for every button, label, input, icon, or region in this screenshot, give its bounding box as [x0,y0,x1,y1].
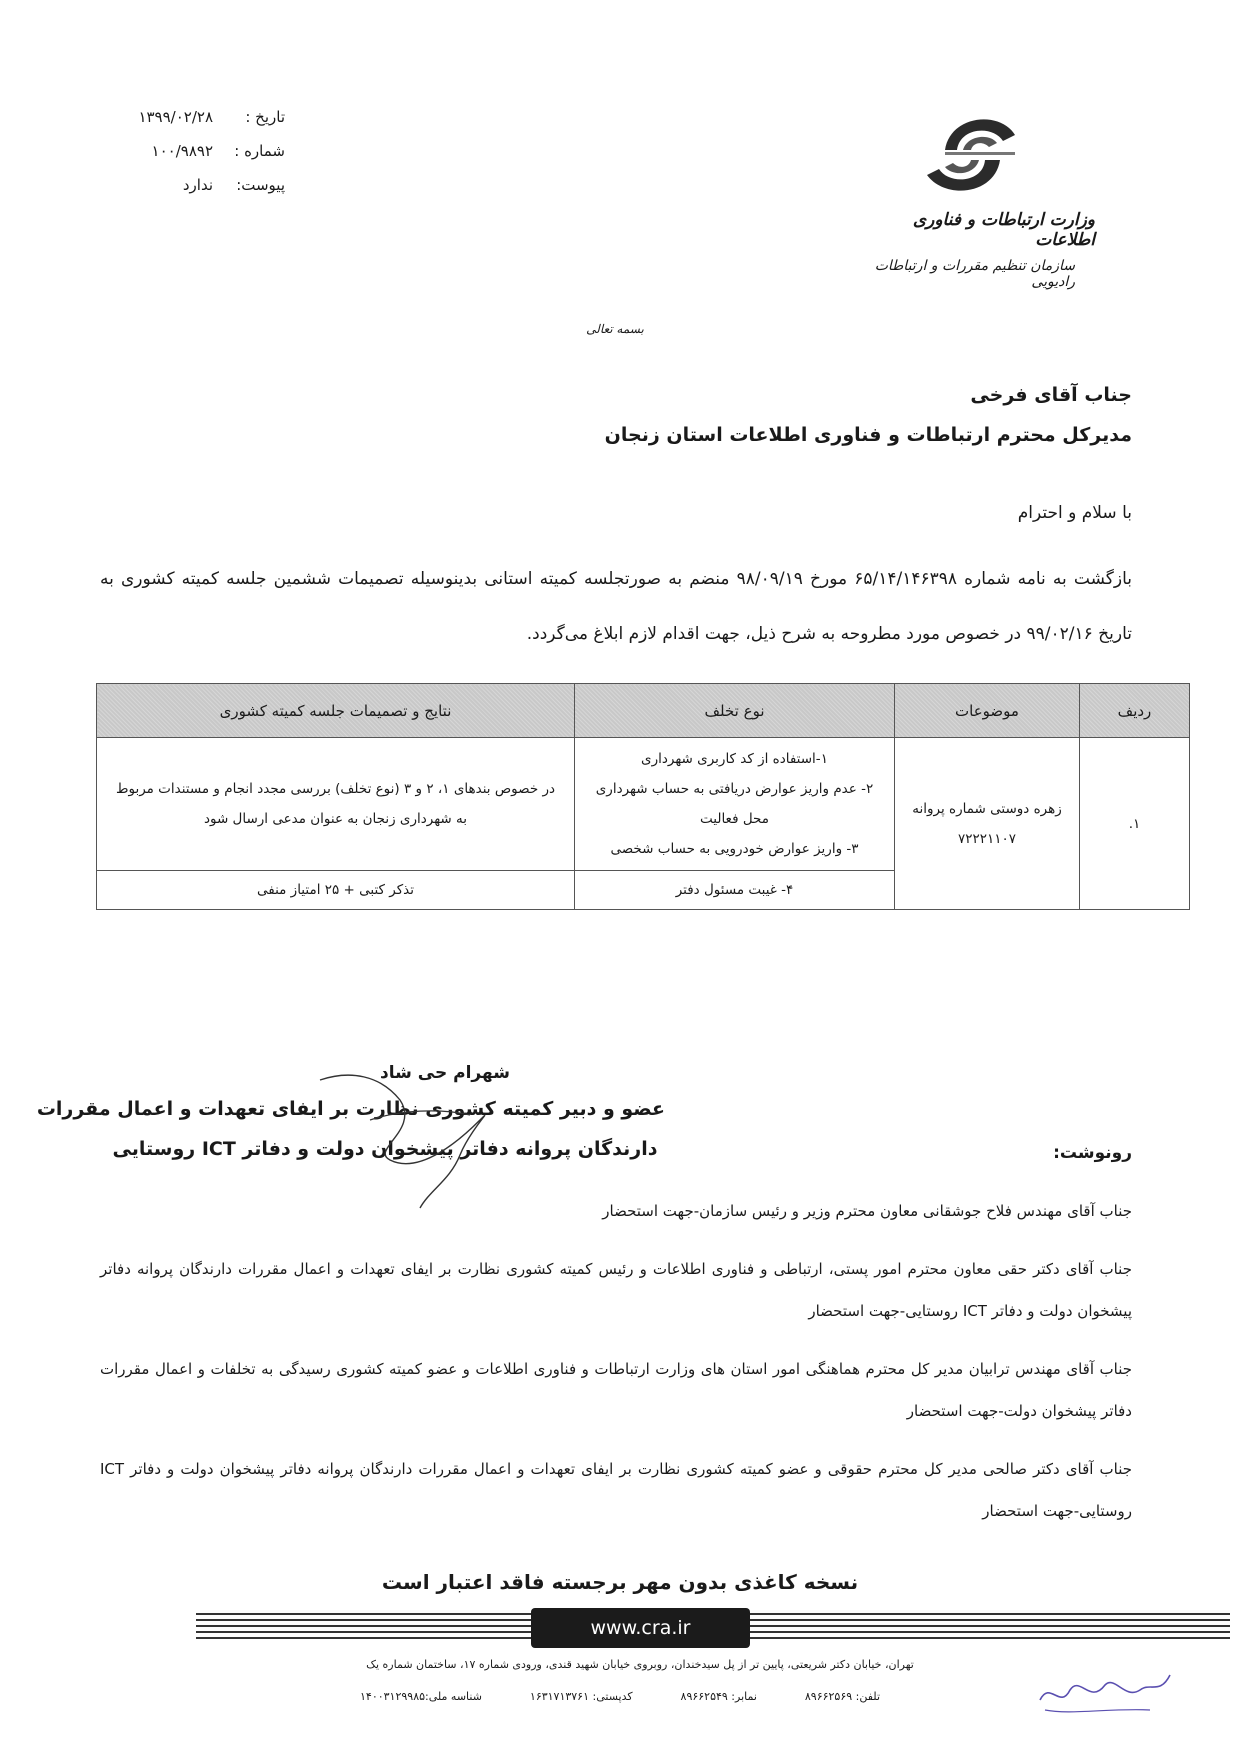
number-label: شماره : [227,134,285,168]
attachment-label: پیوست: [227,168,285,202]
violation-item: ۳- واریز عوارض خودرویی به حساب شخصی [583,834,886,864]
addressee-title: مدیرکل محترم ارتباطات و فناوری اطلاعات ا… [605,424,1132,446]
postal-address: تهران، خیابان دکتر شریعتی، پایین تر از پ… [200,1658,1080,1671]
number-value: ۱۰۰/۹۸۹۲ [152,134,213,168]
violation-item: ۲- عدم واریز عوارض دریافتی به حساب شهردا… [583,774,886,834]
phone: تلفن: ۸۹۶۶۲۵۶۹ [805,1690,880,1703]
row-violations-group1: ۱-استفاده از کد کاربری شهرداری ۲- عدم وا… [575,738,895,871]
row-result-group1: در خصوص بندهای ۱، ۲ و ۳ (نوع تخلف) بررسی… [97,738,575,871]
ministry-name: وزارت ارتباطات و فناوری اطلاعات [855,210,1095,250]
violation-item: ۱-استفاده از کد کاربری شهرداری [583,744,886,774]
greeting: با سلام و احترام [1018,503,1132,523]
postal-code: کدپستی: ۱۶۳۱۷۱۳۷۶۱ [530,1690,633,1703]
cc-item: جناب آقای مهندس ترابیان مدیر کل محترم هم… [100,1348,1132,1432]
organization-name: سازمان تنظیم مقررات و ارتباطات رادیویی [835,258,1075,290]
handwritten-note-icon [1030,1660,1180,1720]
cc-label: رونوشت: [1053,1143,1132,1163]
header-results: نتایج و تصمیمات جلسه کمیته کشوری [97,684,575,738]
bismillah-heading: بسمه تعالی [575,322,655,336]
row-index: ۱. [1080,738,1190,910]
header-violation-type: نوع تخلف [575,684,895,738]
attachment-row: پیوست: ندارد [105,168,285,202]
contact-info: تلفن: ۸۹۶۶۲۵۶۹ نمابر: ۸۹۶۶۲۵۴۹ کدپستی: ۱… [360,1690,880,1703]
fax: نمابر: ۸۹۶۶۲۵۴۹ [681,1690,757,1703]
row-violation-group2: ۴- غیبت مسئول دفتر [575,871,895,910]
website-link[interactable]: www.cra.ir [531,1608,750,1648]
header-subjects: موضوعات [895,684,1080,738]
letter-body: بازگشت به نامه شماره ۶۵/۱۴/۱۴۶۳۹۸ مورخ ۹… [100,552,1132,662]
cra-logo-icon [915,105,1025,205]
cc-list: جناب آقای مهندس فلاح جوشقانی معاون محترم… [100,1190,1132,1548]
letter-meta: تاریخ : ۱۳۹۹/۰۲/۲۸ شماره : ۱۰۰/۹۸۹۲ پیوس… [105,100,285,202]
footer-stripes-left [196,1613,531,1645]
validity-notice: نسخه کاغذی بدون مهر برجسته فاقد اعتبار ا… [280,1570,960,1594]
table-row: ۱. زهره دوستی شماره پروانه ۷۲۲۲۱۱۰۷ ۱-اس… [97,738,1190,871]
row-subject: زهره دوستی شماره پروانه ۷۲۲۲۱۱۰۷ [895,738,1080,910]
date-row: تاریخ : ۱۳۹۹/۰۲/۲۸ [105,100,285,134]
table-header-row: ردیف موضوعات نوع تخلف نتایج و تصمیمات جل… [97,684,1190,738]
date-value: ۱۳۹۹/۰۲/۲۸ [138,100,213,134]
addressee-name: جناب آقای فرخی [970,384,1132,406]
row-result-group2: تذکر کتبی + ۲۵ امتیاز منفی [97,871,575,910]
number-row: شماره : ۱۰۰/۹۸۹۲ [105,134,285,168]
date-label: تاریخ : [227,100,285,134]
decisions-table: ردیف موضوعات نوع تخلف نتایج و تصمیمات جل… [96,683,1190,910]
footer-stripes-right [750,1613,1230,1645]
national-id: شناسه ملی:۱۴۰۰۳۱۲۹۹۸۵ [360,1690,482,1703]
cc-item: جناب آقای دکتر صالحی مدیر کل محترم حقوقی… [100,1448,1132,1532]
cc-item: جناب آقای دکتر حقی معاون محترم امور پستی… [100,1248,1132,1332]
header-index: ردیف [1080,684,1190,738]
signature-icon [310,1060,530,1210]
cc-item: جناب آقای مهندس فلاح جوشقانی معاون محترم… [100,1190,1132,1232]
attachment-value: ندارد [183,168,213,202]
